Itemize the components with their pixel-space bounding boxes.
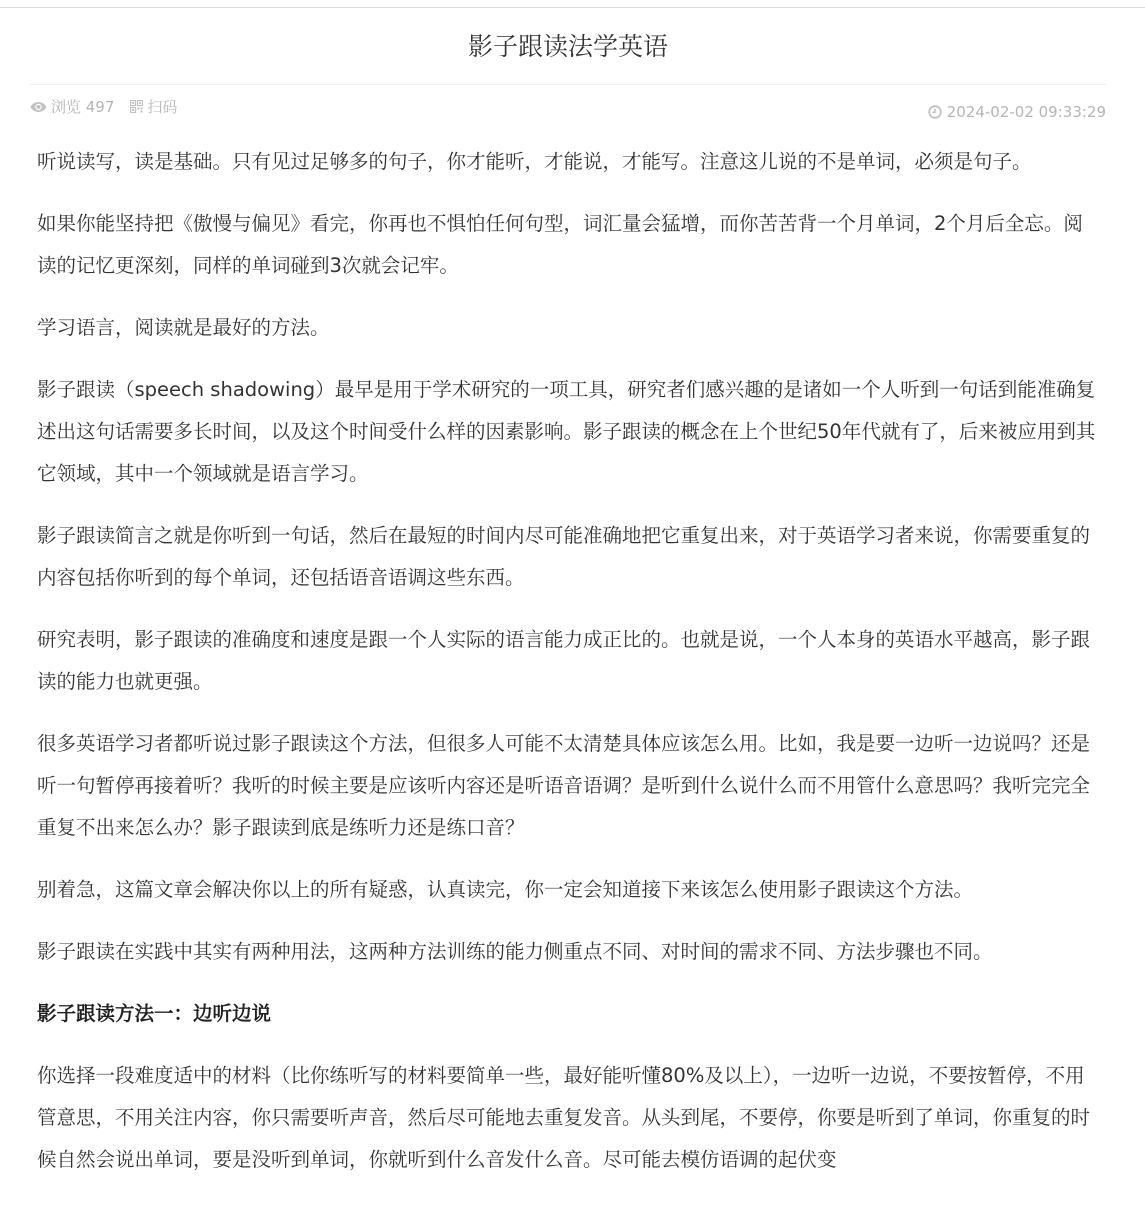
views-count: 浏览 497	[30, 96, 114, 117]
paragraph: 听说读写，读是基础。只有见过足够多的句子，你才能听，才能说，才能写。注意这儿说的…	[37, 141, 1102, 183]
qrcode-button[interactable]: 扫码	[130, 96, 177, 117]
paragraph: 你选择一段难度适中的材料（比你练听写的材料要简单一些，最好能听懂80%及以上），…	[37, 1055, 1102, 1181]
paragraph: 影子跟读在实践中其实有两种用法，这两种方法训练的能力侧重点不同、对时间的需求不同…	[37, 931, 1102, 973]
article-meta: 浏览 497 扫码	[30, 85, 1106, 141]
paragraph: 学习语言，阅读就是最好的方法。	[37, 307, 1102, 349]
meta-left: 浏览 497 扫码	[30, 96, 193, 117]
paragraph: 别着急，这篇文章会解决你以上的所有疑惑，认真读完，你一定会知道接下来该怎么使用影…	[37, 869, 1102, 911]
clock-icon	[928, 105, 942, 119]
qrcode-icon	[130, 100, 143, 113]
qrcode-label: 扫码	[147, 96, 177, 117]
article: 影子跟读法学英语 浏览 497	[30, 8, 1106, 1201]
publish-time: 2024-02-02 09:33:29	[928, 103, 1106, 121]
paragraph: 研究表明，影子跟读的准确度和速度是跟一个人实际的语言能力成正比的。也就是说，一个…	[37, 619, 1102, 703]
article-body: 听说读写，读是基础。只有见过足够多的句子，你才能听，才能说，才能写。注意这儿说的…	[30, 141, 1106, 1181]
section-heading: 影子跟读方法一：边听边说	[37, 993, 1102, 1035]
paragraph: 如果你能坚持把《傲慢与偏见》看完，你再也不惧怕任何句型，词汇量会猛增，而你苦苦背…	[37, 203, 1102, 287]
eye-icon	[30, 101, 47, 113]
paragraph: 影子跟读简言之就是你听到一句话，然后在最短的时间内尽可能准确地把它重复出来，对于…	[37, 515, 1102, 599]
paragraph: 影子跟读（speech shadowing）最早是用于学术研究的一项工具，研究者…	[37, 369, 1102, 495]
paragraph: 很多英语学习者都听说过影子跟读这个方法，但很多人可能不太清楚具体应该怎么用。比如…	[37, 723, 1102, 849]
publish-datetime: 2024-02-02 09:33:29	[947, 103, 1106, 121]
article-title: 影子跟读法学英语	[30, 8, 1106, 85]
views-label: 浏览 497	[51, 96, 114, 117]
